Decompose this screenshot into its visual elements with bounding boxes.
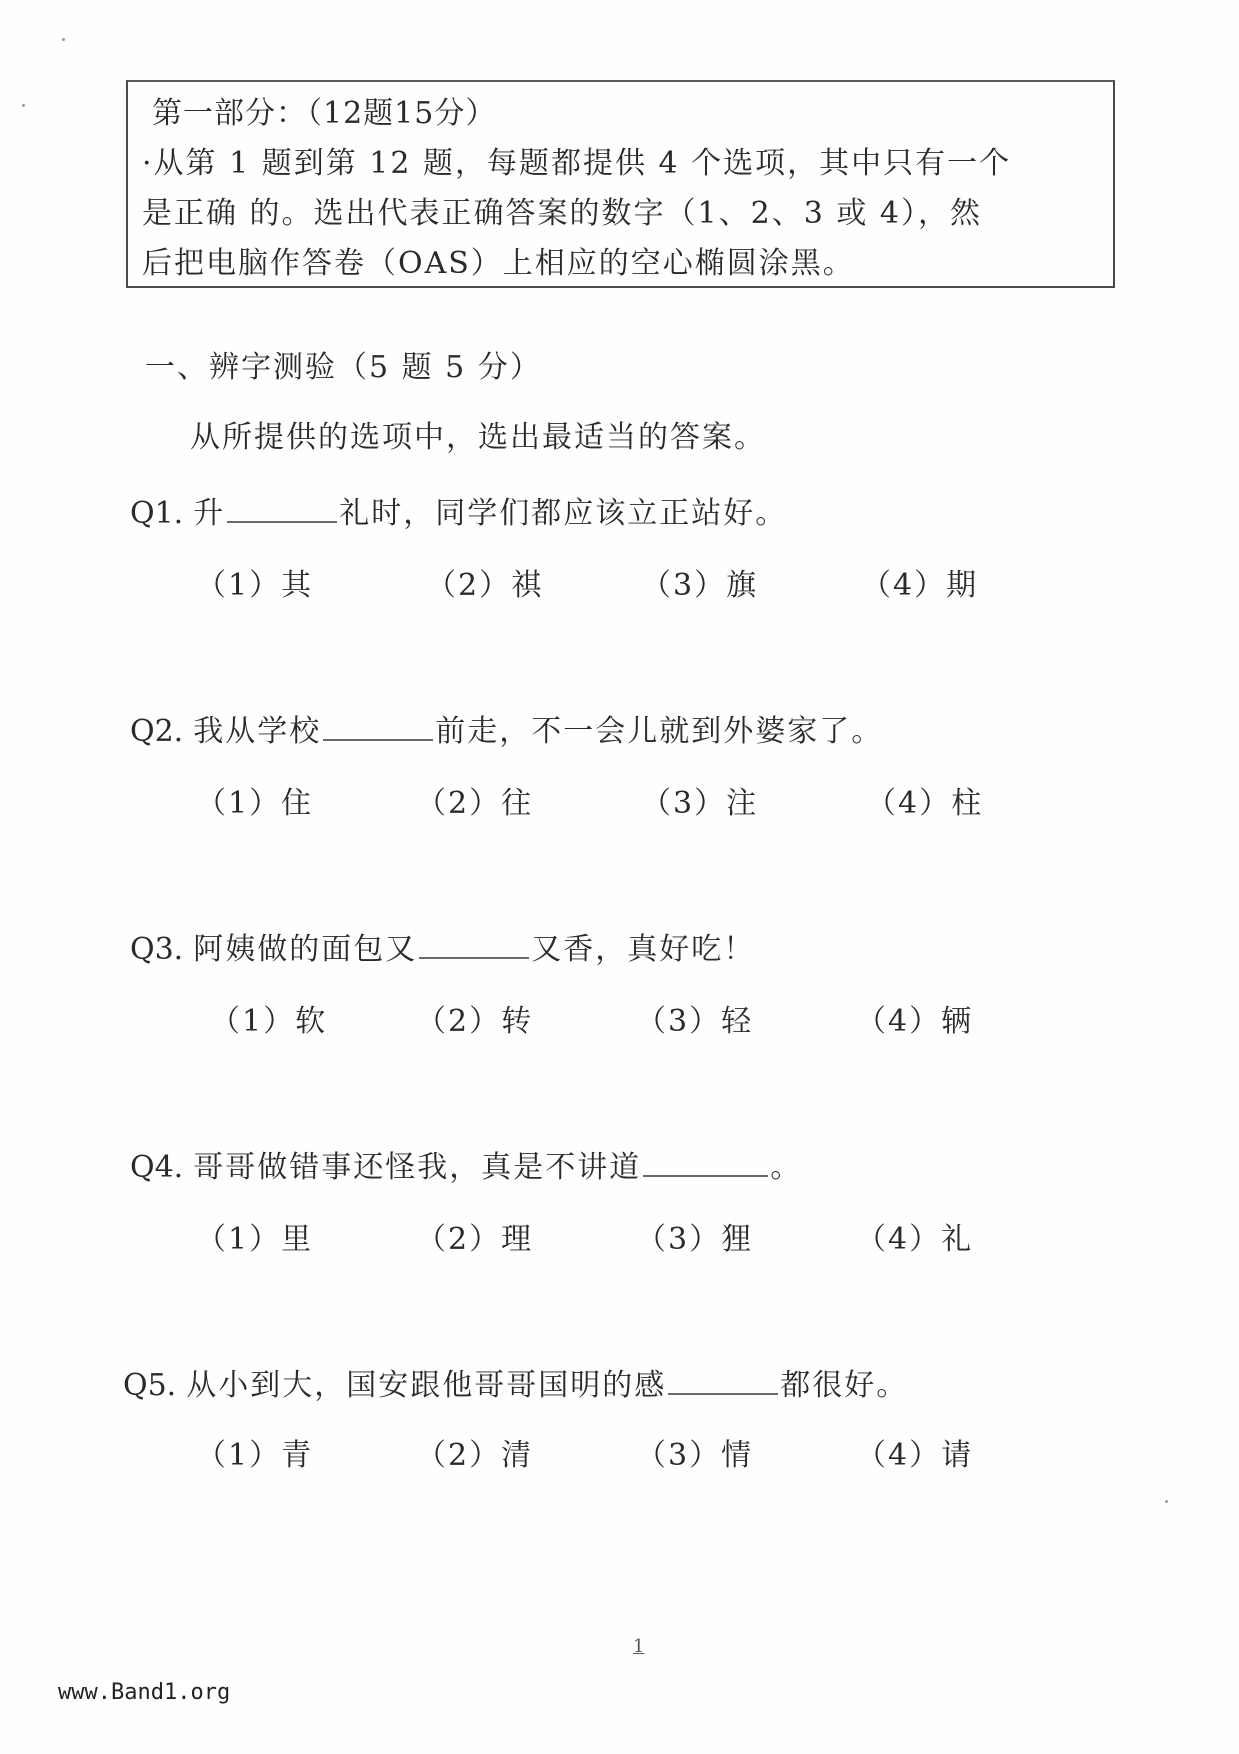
scan-speck — [62, 38, 65, 41]
options-row-4: （1）里 （2）理 （3）狸 （4）礼 — [0, 1214, 1239, 1254]
option-3: （3）狸 — [636, 1214, 753, 1258]
answer-blank — [643, 1174, 768, 1177]
exam-page: 第一部分：（12题15分） ·从第 1 题到第 12 题，每题都提供 4 个选项… — [0, 0, 1239, 1754]
question-text-after: 都很好。 — [780, 1360, 908, 1404]
options-row-1: （1）其 （2）祺 （3）旗 （4）期 — [0, 560, 1239, 600]
instruction-line-1: ·从第 1 题到第 12 题，每题都提供 4 个选项，其中只有一个 — [142, 138, 1011, 182]
question-text-after: 。 — [770, 1142, 802, 1186]
watermark: www.Band1.org — [54, 1678, 234, 1707]
question-text-before: 从小到大，国安跟他哥哥国明的感 — [186, 1360, 666, 1404]
scan-speck — [1165, 1500, 1168, 1503]
answer-blank — [323, 738, 433, 741]
question-text-after: 又香，真好吃！ — [531, 924, 755, 968]
option-2: （2）清 — [416, 1430, 533, 1474]
option-2: （2）理 — [416, 1214, 533, 1258]
instruction-line-2: 是正确 的。选出代表正确答案的数字（1、2、3 或 4），然 — [142, 188, 982, 232]
section-heading: 一、辨字测验（5 题 5 分） — [145, 342, 542, 386]
answer-blank — [668, 1392, 778, 1395]
option-4: （4）期 — [861, 560, 978, 604]
option-4: （4）辆 — [856, 996, 973, 1040]
question-text-after: 前走，不一会儿就到外婆家了。 — [435, 706, 883, 750]
question-text-before: 我从学校 — [193, 706, 321, 750]
options-row-5: （1）青 （2）清 （3）情 （4）请 — [0, 1430, 1239, 1470]
option-4: （4）礼 — [856, 1214, 973, 1258]
question-number: Q5. — [123, 1368, 176, 1403]
question-number: Q1. — [130, 496, 183, 531]
option-2: （2）转 — [416, 996, 533, 1040]
part-title: 第一部分：（12题15分） — [152, 88, 496, 132]
instruction-box: 第一部分：（12题15分） ·从第 1 题到第 12 题，每题都提供 4 个选项… — [126, 80, 1115, 288]
option-1: （1）住 — [196, 778, 313, 822]
question-text-before: 升 — [193, 488, 225, 532]
option-1: （1）其 — [196, 560, 313, 604]
option-1: （1）青 — [196, 1430, 313, 1474]
question-1: Q1. 升 礼时，同学们都应该立正站好。 — [130, 488, 787, 532]
instruction-line-3: 后把电脑作答卷（OAS）上相应的空心椭圆涂黑。 — [142, 238, 855, 282]
option-3: （3）情 — [636, 1430, 753, 1474]
question-number: Q4. — [130, 1150, 183, 1185]
options-row-2: （1）住 （2）往 （3）注 （4）柱 — [0, 778, 1239, 818]
option-4: （4）柱 — [866, 778, 983, 822]
question-2: Q2. 我从学校 前走，不一会儿就到外婆家了。 — [130, 706, 883, 750]
answer-blank — [227, 520, 337, 523]
option-4: （4）请 — [856, 1430, 973, 1474]
option-2: （2）祺 — [426, 560, 543, 604]
page-number: 1 — [633, 1636, 644, 1657]
question-text-before: 哥哥做错事还怪我，真是不讲道 — [193, 1142, 641, 1186]
scan-speck — [22, 104, 25, 107]
question-3: Q3. 阿姨做的面包又 又香，真好吃！ — [130, 924, 755, 968]
question-4: Q4. 哥哥做错事还怪我，真是不讲道 。 — [130, 1142, 802, 1186]
question-text-after: 礼时，同学们都应该立正站好。 — [339, 488, 787, 532]
option-3: （3）轻 — [636, 996, 753, 1040]
option-3: （3）注 — [641, 778, 758, 822]
question-number: Q2. — [130, 714, 183, 749]
option-2: （2）往 — [416, 778, 533, 822]
section-instruction: 从所提供的选项中，选出最适当的答案。 — [190, 412, 766, 456]
option-1: （1）里 — [196, 1214, 313, 1258]
option-3: （3）旗 — [641, 560, 758, 604]
question-5: Q5. 从小到大，国安跟他哥哥国明的感 都很好。 — [123, 1360, 908, 1404]
question-text-before: 阿姨做的面包又 — [193, 924, 417, 968]
question-number: Q3. — [130, 932, 183, 967]
answer-blank — [419, 956, 529, 959]
options-row-3: （1）软 （2）转 （3）轻 （4）辆 — [0, 996, 1239, 1036]
option-1: （1）软 — [210, 996, 327, 1040]
